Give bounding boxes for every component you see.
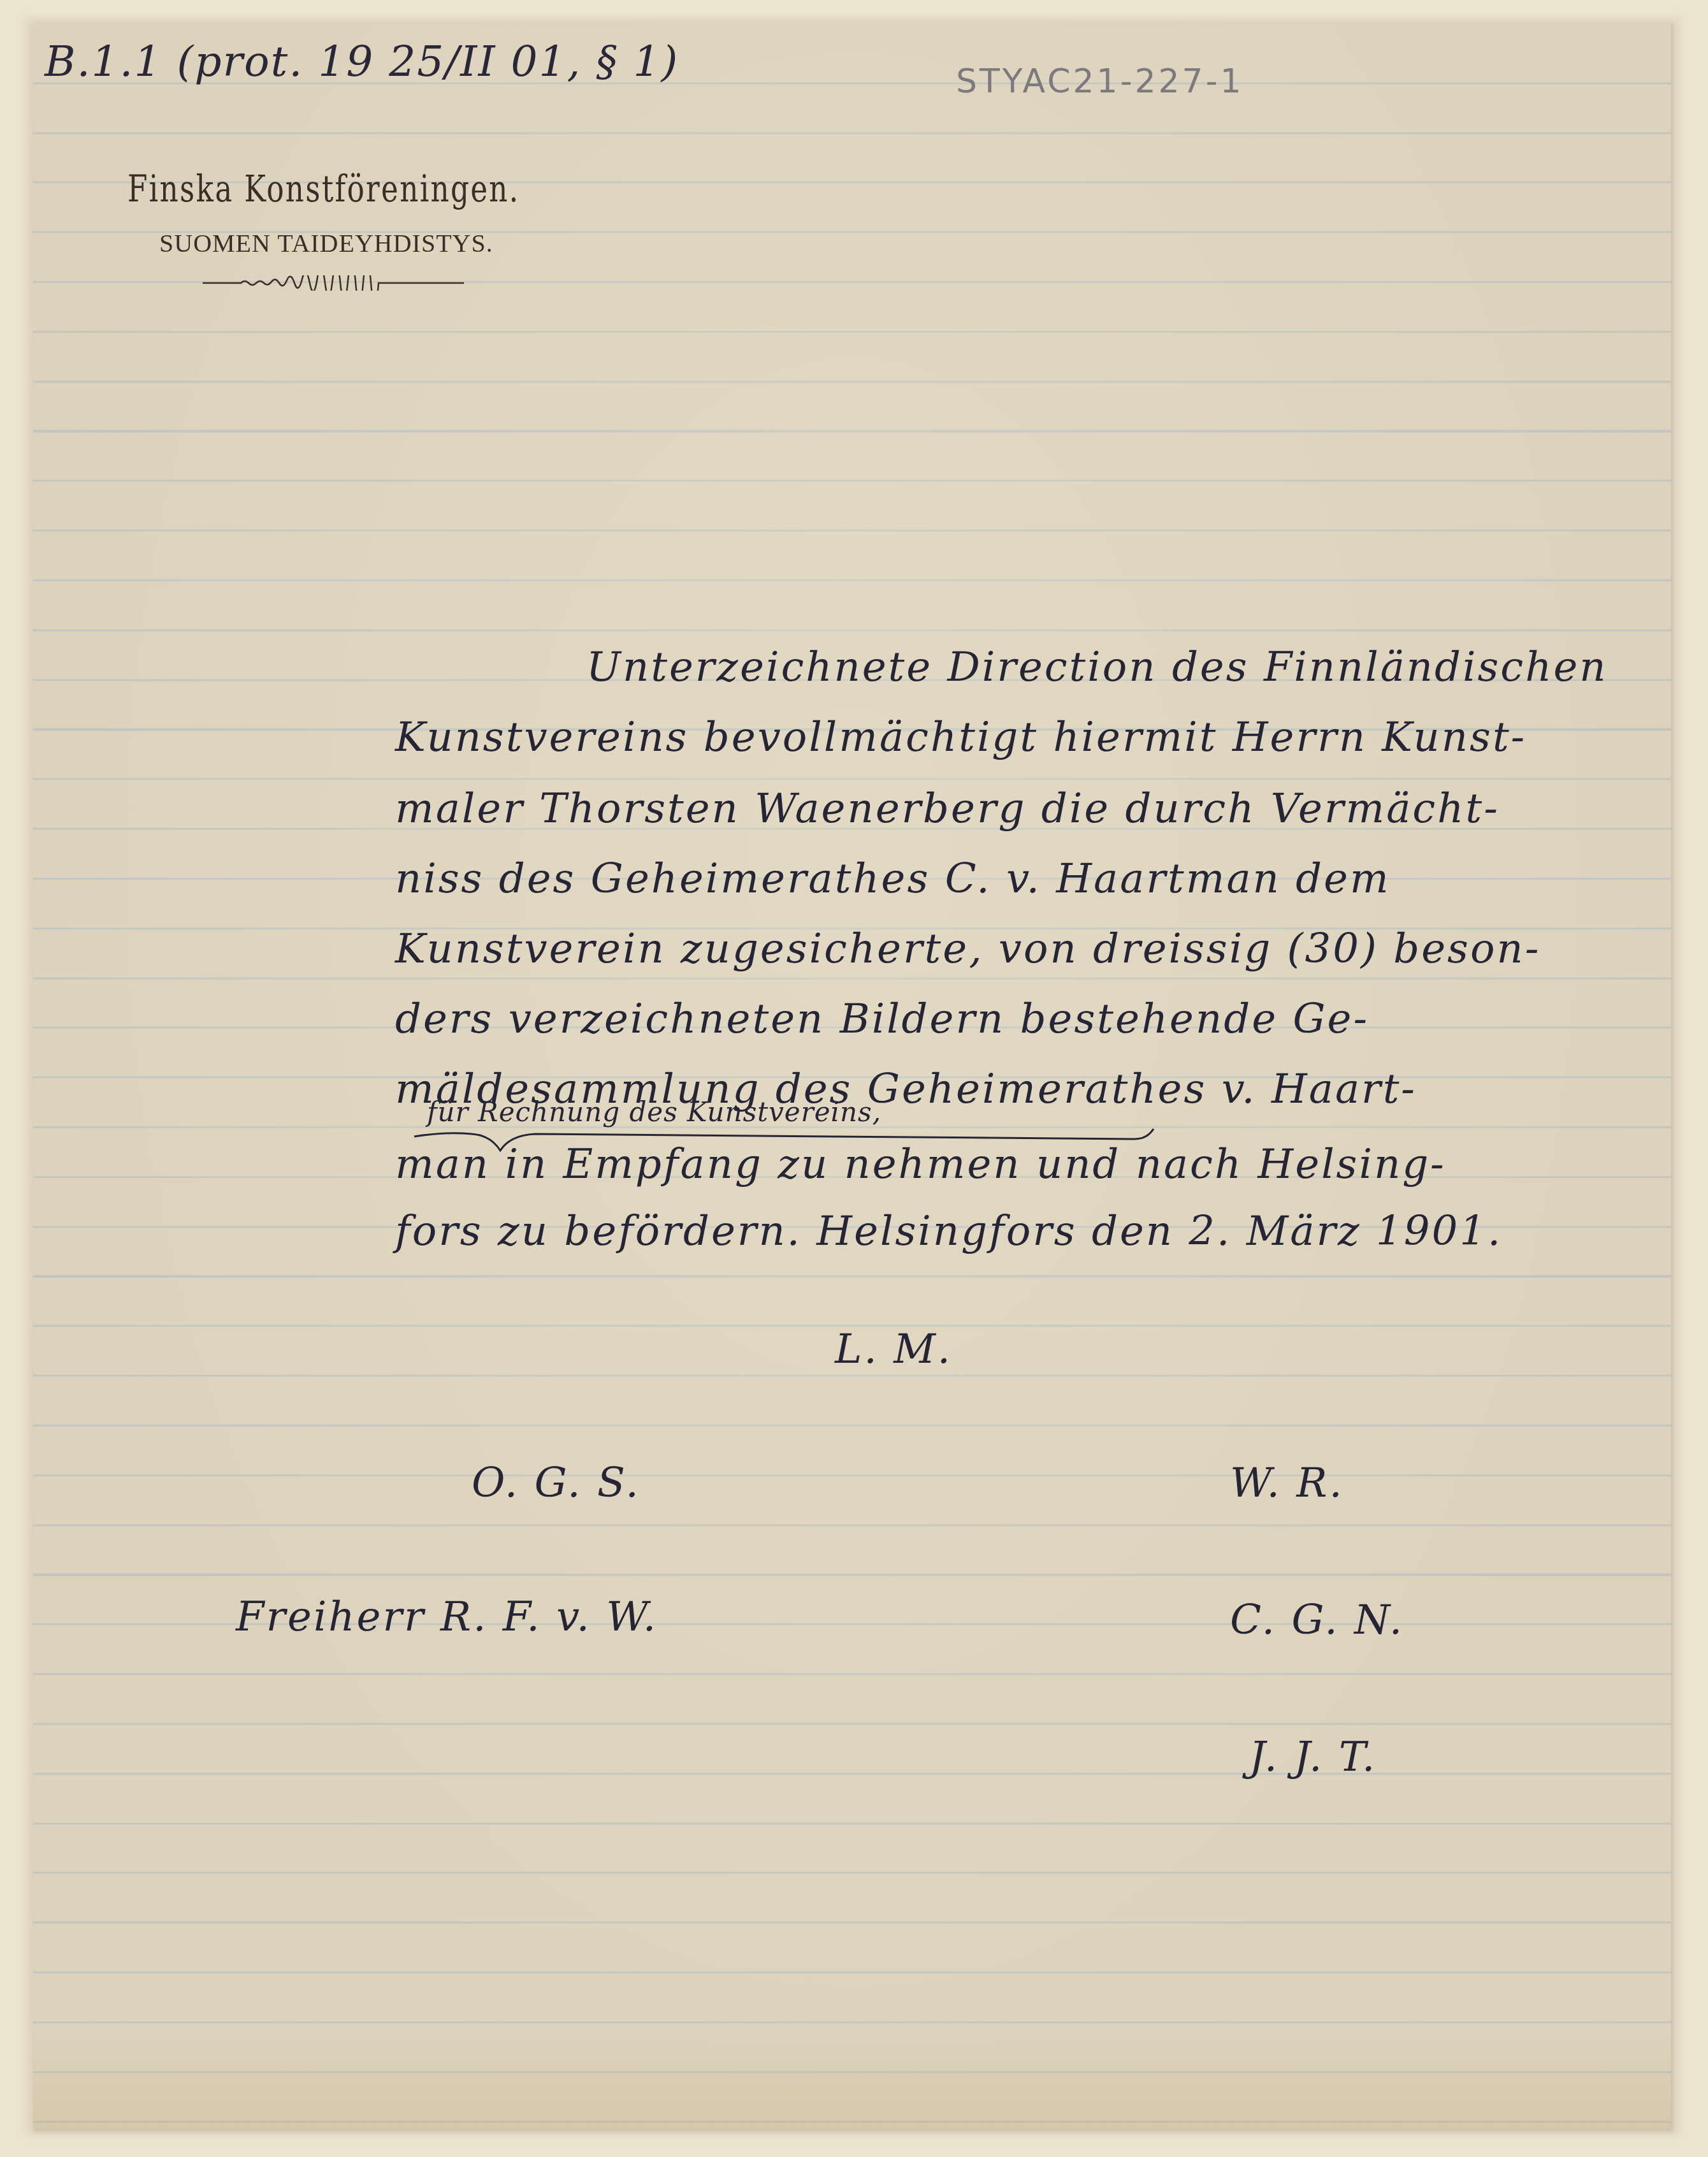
signature-wr: W. R. xyxy=(1230,1460,1344,1507)
paper-stain xyxy=(33,2027,1671,2129)
body-line-6: ders verzeichneten Bildern bestehende Ge… xyxy=(395,996,1369,1043)
letterhead-subtitle: SUOMEN TAIDEYHDISTYS. xyxy=(159,228,493,258)
body-line-2: Kunstvereins bevollmächtigt hiermit Herr… xyxy=(395,714,1526,761)
body-line-4: niss des Geheimerathes C. v. Haartman de… xyxy=(395,855,1391,903)
seal-mark: L. M. xyxy=(835,1326,952,1373)
signature-jjt: J. J. T. xyxy=(1249,1734,1377,1781)
signature-freiherr: Freiherr R. F. v. W. xyxy=(236,1594,658,1641)
signature-ogs: O. G. S. xyxy=(472,1460,640,1507)
letterhead-title: Finska Konstföreningen. xyxy=(127,167,520,210)
body-line-3: maler Thorsten Waenerberg die durch Verm… xyxy=(395,785,1500,832)
interlinear-insertion: für Rechnung des Kunstvereins, xyxy=(427,1096,881,1128)
signature-cgn: C. G. N. xyxy=(1230,1597,1404,1644)
body-line-5: Kunstverein zugesicherte, von dreissig (… xyxy=(395,926,1540,973)
archive-catalog-id: STYAC21-227-1 xyxy=(956,62,1244,101)
body-line-8: man in Empfang zu nehmen und nach Helsin… xyxy=(395,1141,1446,1188)
archive-reference: B.1.1 (prot. 19 25/II 01, § 1) xyxy=(45,37,679,86)
body-line-9: fors zu befördern. Helsingfors den 2. Mä… xyxy=(395,1208,1502,1255)
wave-ornament-icon xyxy=(203,275,464,291)
body-line-1: Unterzeichnete Direction des Finnländisc… xyxy=(586,644,1608,691)
